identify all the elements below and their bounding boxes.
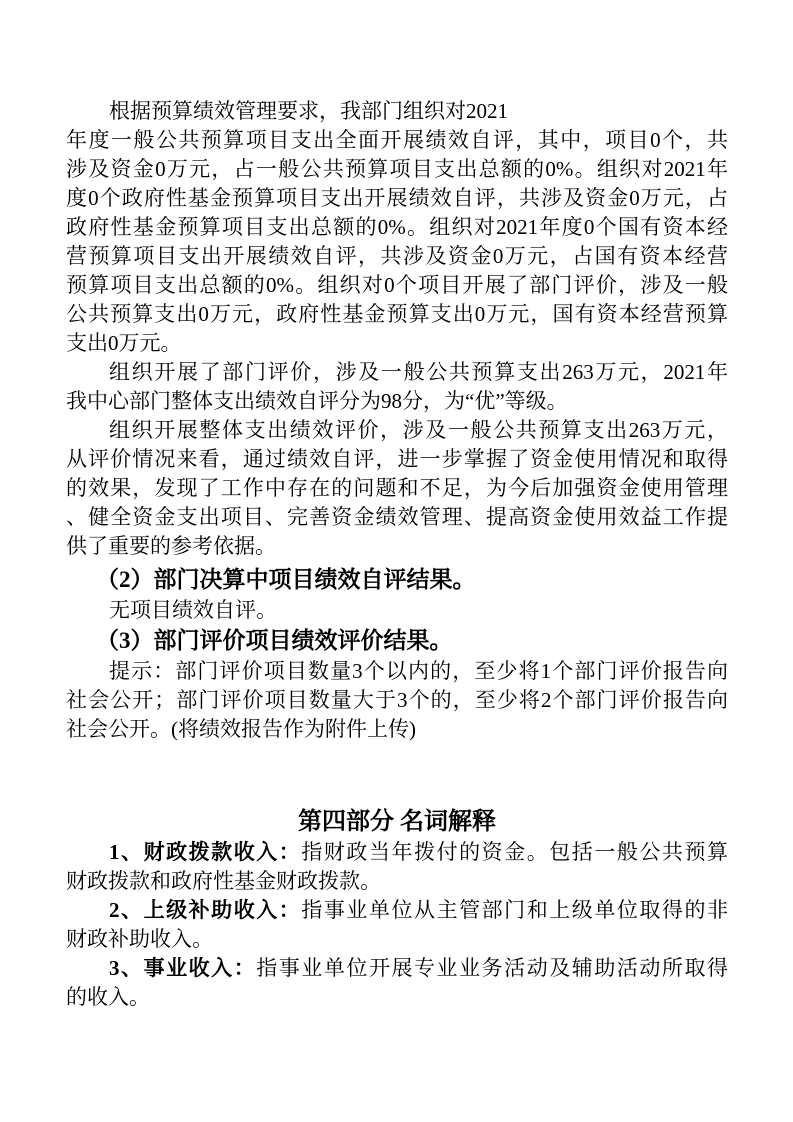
part4-title: 第四部分 名词解释 — [66, 806, 728, 838]
text-line: 营预算项目支出开展绩效自评，共涉及资金0万元，占国有资本经营 — [66, 242, 728, 271]
paragraph-overall-evaluation: 组织开展整体支出绩效评价，涉及一般公共预算支出263万元， 从评价情况来看，通过… — [66, 416, 728, 561]
text-line: 供了重要的参考依据。 — [66, 532, 728, 561]
term-business-income: 3、事业收入：指事业单位开展专业业务活动及辅助活动所取得 的收入。 — [66, 954, 728, 1012]
term-line: 财政补助收入。 — [66, 925, 728, 954]
paragraph-no-project-evaluation: 无项目绩效自评。 — [66, 596, 728, 625]
term-line: 3、事业收入：指事业单位开展专业业务活动及辅助活动所取得 — [66, 954, 728, 983]
text-line: 的效果，发现了工作中存在的问题和不足，为今后加强资金使用管理 — [66, 474, 728, 503]
term-text: 指事业单位从主管部门和上级单位取得的非 — [301, 898, 728, 922]
paragraph-department-evaluation: 组织开展了部门评价，涉及一般公共预算支出263万元，2021年 我中心部门整体支… — [66, 358, 728, 416]
text-line: 支出0万元。 — [66, 329, 728, 358]
text-line: 社会公开；部门评价项目数量大于3个的，至少将2个部门评价报告向 — [66, 686, 728, 715]
heading-section-2: （2）部门决算中项目绩效自评结果。 — [66, 564, 728, 596]
term-line: 2、上级补助收入：指事业单位从主管部门和上级单位取得的非 — [66, 896, 728, 925]
text-line: 根据预算绩效管理要求，我部门组织对2021 — [66, 97, 728, 126]
term-lead: 2、上级补助收入： — [109, 898, 301, 922]
text-line: 组织开展了部门评价，涉及一般公共预算支出263万元，2021年 — [66, 358, 728, 387]
text-line: 组织开展整体支出绩效评价，涉及一般公共预算支出263万元， — [66, 416, 728, 445]
term-text: 指财政当年拨付的资金。包括一般公共预算 — [301, 840, 728, 864]
text-line: 公共预算支出0万元，政府性基金预算支出0万元，国有资本经营预算 — [66, 300, 728, 329]
text-line: 我中心部门整体支出绩效自评分为98分，为“优”等级。 — [66, 387, 728, 416]
text-line: 、健全资金支出项目、完善资金绩效管理、提高资金使用效益工作提 — [66, 503, 728, 532]
term-lead: 3、事业收入： — [109, 956, 256, 980]
paragraph-disclosure-tip: 提示：部门评价项目数量3个以内的，至少将1个部门评价报告向 社会公开；部门评价项… — [66, 657, 728, 744]
term-lead: 1、财政拨款收入： — [109, 840, 301, 864]
term-fiscal-appropriation-income: 1、财政拨款收入：指财政当年拨付的资金。包括一般公共预算 财政拨款和政府性基金财… — [66, 838, 728, 896]
text-line: 社会公开。(将绩效报告作为附件上传) — [66, 715, 728, 744]
text-line: 从评价情况来看，通过绩效自评，进一步掌握了资金使用情况和取得 — [66, 445, 728, 474]
term-superior-subsidy-income: 2、上级补助收入：指事业单位从主管部门和上级单位取得的非 财政补助收入。 — [66, 896, 728, 954]
heading-section-3: （3）部门评价项目绩效评价结果。 — [66, 625, 728, 657]
term-line: 1、财政拨款收入：指财政当年拨付的资金。包括一般公共预算 — [66, 838, 728, 867]
text-line: 预算项目支出总额的0%。组织对0个项目开展了部门评价，涉及一般 — [66, 271, 728, 300]
text-line: 度0个政府性基金预算项目支出开展绩效自评，共涉及资金0万元，占 — [66, 184, 728, 213]
text-line: 政府性基金预算项目支出总额的0%。组织对2021年度0个国有资本经 — [66, 213, 728, 242]
term-line: 财政拨款和政府性基金财政拨款。 — [66, 867, 728, 896]
term-text: 指事业单位开展专业业务活动及辅助活动所取得 — [256, 956, 728, 980]
document-page: 根据预算绩效管理要求，我部门组织对2021 年度一般公共预算项目支出全面开展绩效… — [66, 97, 728, 1012]
text-line: 年度一般公共预算项目支出全面开展绩效自评，其中，项目0个，共 — [66, 126, 728, 155]
text-line: 涉及资金0万元，占一般公共预算项目支出总额的0%。组织对2021年 — [66, 155, 728, 184]
paragraph-project-self-evaluation: 根据预算绩效管理要求，我部门组织对2021 年度一般公共预算项目支出全面开展绩效… — [66, 97, 728, 358]
term-line: 的收入。 — [66, 983, 728, 1012]
text-line: 提示：部门评价项目数量3个以内的，至少将1个部门评价报告向 — [66, 657, 728, 686]
